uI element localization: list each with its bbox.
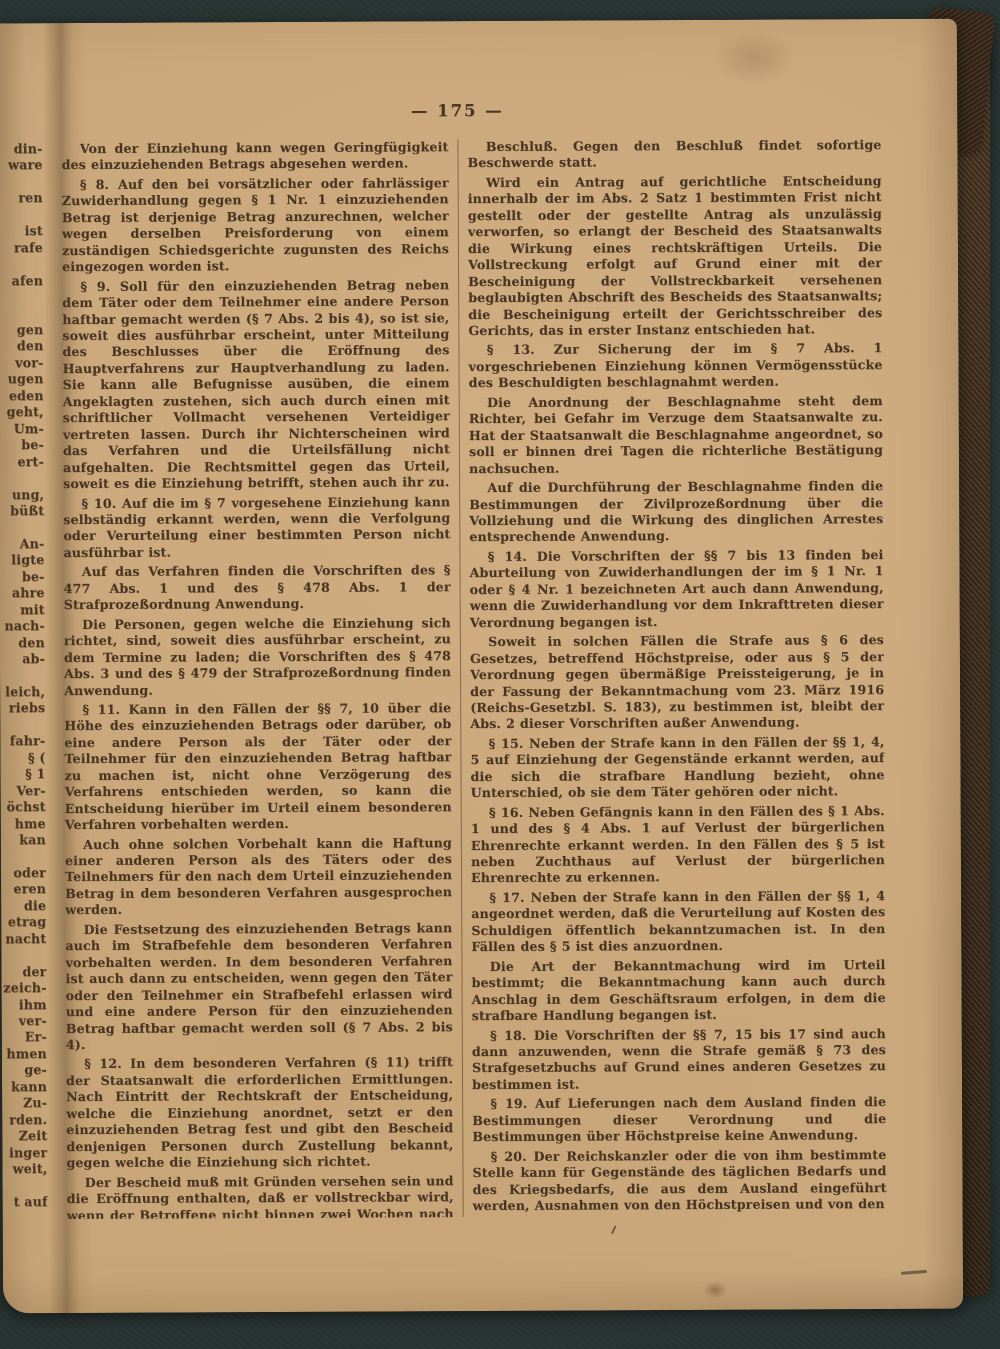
margin-fragment-line: Zu- [2,1095,47,1112]
margin-fragment-line: ge- [2,1062,47,1079]
margin-fragment-line: ware [0,158,43,175]
paragraph: § 16. Neben Gefängnis kann in den Fällen… [471,803,885,887]
margin-fragment-line [0,717,45,734]
paragraph: § 12. In dem besonderen Verfahren (§ 11)… [66,1055,454,1172]
margin-fragment-line [0,520,44,537]
margin-fragment-line: riebs [0,701,45,718]
margin-fragment-line: rden. [2,1112,47,1129]
margin-fragment-line: der [1,964,46,981]
pencil-mark [611,1225,616,1234]
margin-fragment-line: ab- [0,651,45,668]
margin-fragment-line: ahre [0,585,45,602]
margin-fragment-line: § 1 [0,766,45,783]
paragraph: Die Festsetzung des einzuziehenden Betra… [65,920,453,1054]
margin-fragment-line [2,1178,47,1195]
paragraph: § 13. Zur Sicherung der im § 7 Abs. 1 vo… [468,340,882,391]
margin-fragment-line: zeich- [2,980,47,997]
margin-fragment-line: be- [0,569,45,586]
margin-fragment-line: gen [0,322,43,339]
margin-fragment-line: nacht [1,931,46,948]
margin-fragment-line: ligte [0,552,45,569]
paragraph: § 11. Kann in den Fällen der §§ 7, 10 üb… [64,700,452,834]
paragraph: § 10. Auf die im § 7 vorgesehene Einzieh… [63,494,450,562]
margin-fragment-line: vor- [0,355,44,372]
paragraph: Die Art der Bekanntmachung wird im Urtei… [471,957,885,1025]
margin-fragment-line: fahr- [0,733,45,750]
margin-fragment-line: eden [0,388,44,405]
paragraph: § 20. Der Reichskanzler oder die von ihm… [472,1147,886,1215]
margin-fragment-line: ver- [2,1013,47,1030]
margin-fragment-line [1,849,46,866]
left-column: Von der Einziehung kann wegen Geringfügi… [61,139,463,1219]
paragraph: § 17. Neben der Strafe kann in den Fälle… [471,888,885,956]
margin-fragment-line: eren [1,882,46,899]
paragraph: Von der Einziehung kann wegen Geringfügi… [61,139,448,174]
margin-fragment-line: ugen [0,371,44,388]
margin-fragment-line: kan [1,832,46,849]
paragraph: Die Personen, gegen welche die Einziehun… [64,615,451,699]
paragraph: § 18. Die Vorschriften der §§ 7, 15 bis … [472,1026,886,1094]
margin-fragment-line: mit [0,602,45,619]
margin-fragment-line: Zeit [2,1128,47,1145]
margin-fragment-line [0,207,43,224]
paragraph: Wird ein Antrag auf gerichtliche Entsche… [468,173,883,340]
margin-fragment-line: inger [2,1145,47,1162]
margin-fragment-line [1,947,46,964]
margin-fragment-line: ist [0,223,43,240]
margin-fragment-line [0,174,43,191]
margin-fragment-line: be- [0,437,44,454]
page-number: — 175 — [47,99,867,122]
margin-fragment-line: leich, [0,684,45,701]
paragraph: Soweit in solchen Fällen die Strafe aus … [470,632,884,733]
margin-fragment-line: ihm [2,997,47,1014]
paragraph: Auch ohne solchen Vorbehalt kann die Haf… [65,835,452,919]
paragraph: Auf die Durchführung der Beschlagnahme f… [469,478,883,546]
paragraph: § 9. Soll für den einzuziehenden Betrag … [62,277,450,493]
margin-fragment-line: kann [2,1079,47,1096]
paragraph: § 8. Auf den bei vorsätzlicher oder fahr… [62,175,449,276]
margin-fragment-line: weit, [2,1161,47,1178]
margin-fragment-line: An- [0,536,44,553]
margin-fragment-line: t auf [3,1194,48,1211]
margin-fragment-line: ert- [0,454,44,471]
margin-fragment-line: Um- [0,421,44,438]
margin-fragment-line: hmen [2,1046,47,1063]
margin-fragment-line: ren [0,190,43,207]
margin-fragment-line: geht, [0,404,44,421]
margin-fragment-line: nach- [0,618,45,635]
paragraph: Beschluß. Gegen den Beschluß findet sofo… [467,137,881,172]
margin-fragment-line [0,256,43,273]
margin-fragment-line: büßt [0,503,44,520]
margin-fragment-line: die [1,898,46,915]
paragraph: Die Anordnung der Beschlagnahme steht de… [469,393,883,477]
right-column: Beschluß. Gegen den Beschluß findet sofo… [458,137,886,1217]
margin-fragment-line [0,306,43,323]
margin-fragment-line: ung, [0,487,44,504]
scanned-page: din-ware ren istrafe afen gendenvor-ugen… [0,19,963,1314]
paragraph: § 19. Auf Lieferungen nach dem Ausland f… [472,1094,886,1145]
margin-fragment-line: den [0,339,43,356]
text-columns: Von der Einziehung kann wegen Geringfügi… [61,137,886,1219]
scan-background: din-ware ren istrafe afen gendenvor-ugen… [0,0,1000,1349]
margin-fragment-line [0,289,43,306]
margin-fragment-line: Er- [2,1030,47,1047]
paragraph: § 14. Die Vorschriften der §§ 7 bis 13 f… [469,547,883,631]
margin-fragment-line: Ver- [1,783,46,800]
previous-page-text-fragments: din-ware ren istrafe afen gendenvor-ugen… [0,141,53,1231]
page-content: — 175 — Von der Einziehung kann wegen Ge… [61,99,886,1219]
margin-fragment-line: din- [0,141,43,158]
margin-fragment-line: öchst [1,799,46,816]
paragraph: Auf das Verfahren finden die Vorschrifte… [63,562,450,613]
margin-fragment-line: oder [1,865,46,882]
margin-fragment-line: den [0,635,45,652]
margin-fragment-line: etrag [1,914,46,931]
margin-fragment-line [0,470,44,487]
ink-smudge [901,1270,927,1275]
margin-fragment-line: rafe [0,240,43,257]
margin-fragment-line [0,668,45,685]
margin-fragment-line: afen [0,273,43,290]
margin-fragment-line: hme [1,816,46,833]
paragraph: Der Bescheid muß mit Gründen versehen se… [66,1173,454,1219]
paragraph: § 15. Neben der Strafe kann in den Fälle… [470,734,884,802]
margin-fragment-line: § ( [0,750,45,767]
